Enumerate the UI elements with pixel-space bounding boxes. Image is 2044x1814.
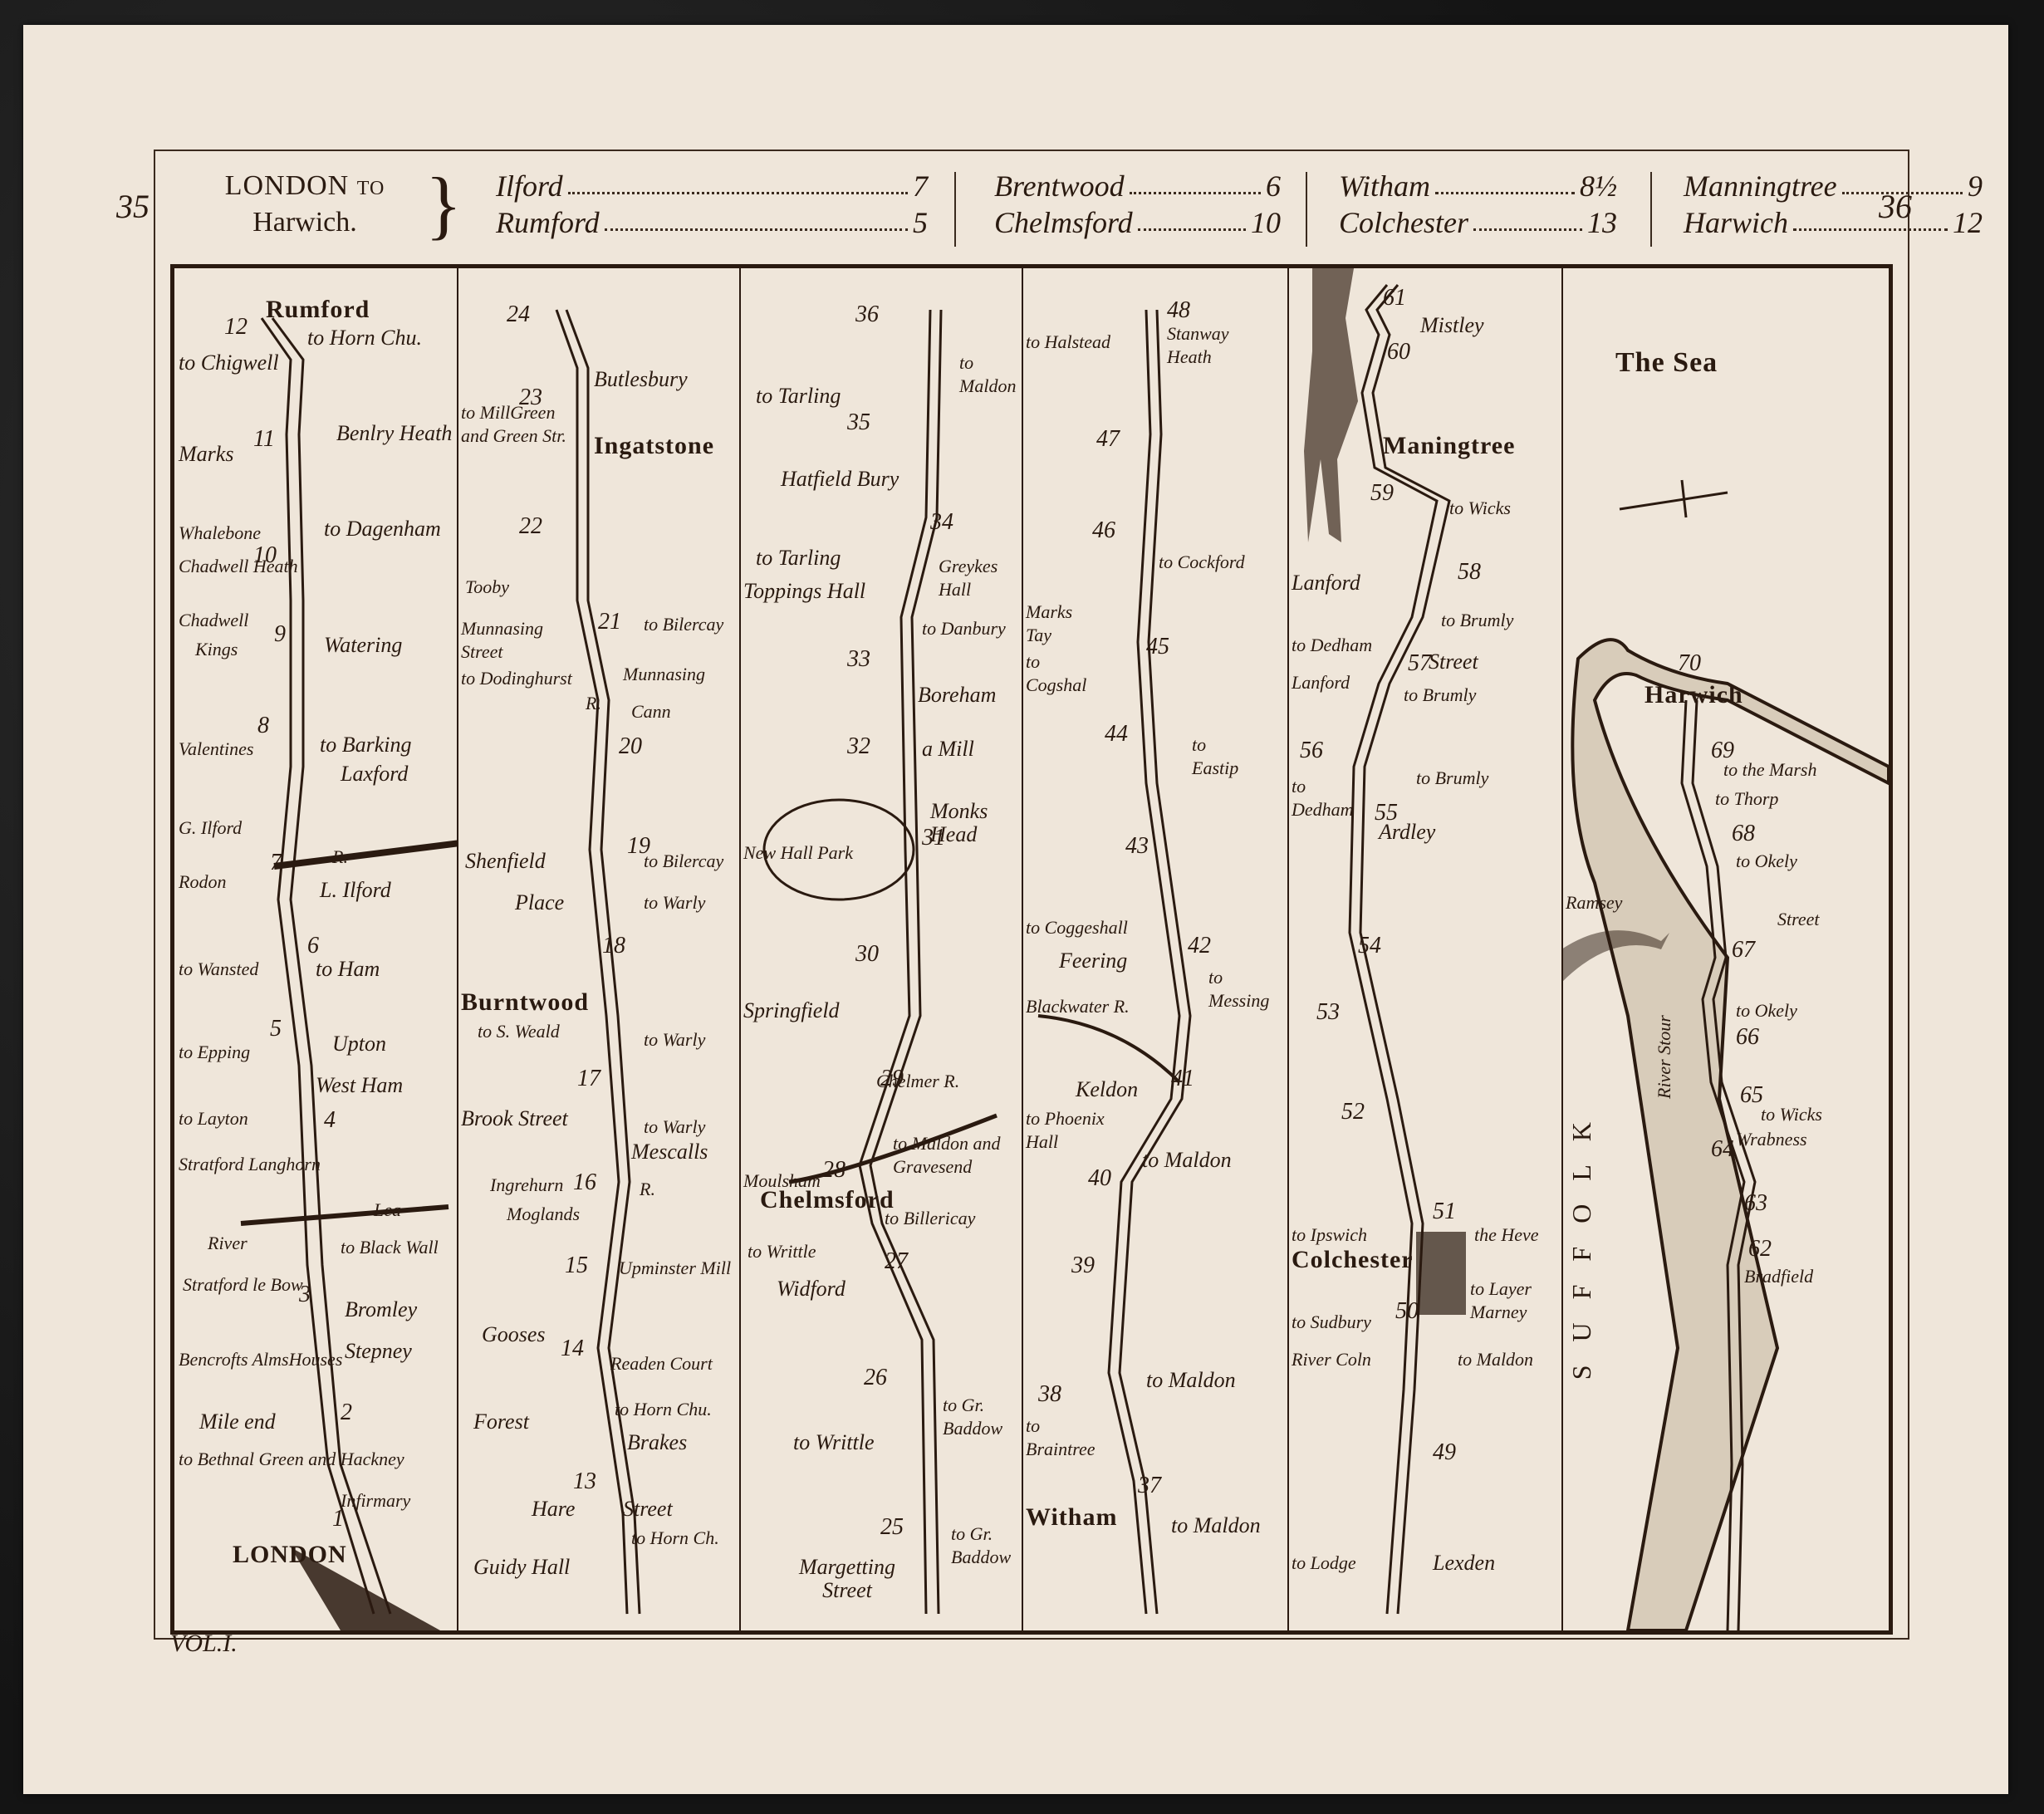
milestone: 61 bbox=[1383, 285, 1406, 311]
place-label: Ramsey bbox=[1566, 891, 1622, 914]
place-label: to Dagenham bbox=[324, 517, 441, 541]
milestone: 11 bbox=[253, 426, 275, 453]
place-label: to Maldon bbox=[1146, 1369, 1236, 1392]
milestone: 2 bbox=[341, 1400, 352, 1426]
town-label: Burntwood bbox=[461, 991, 589, 1014]
place-label: to Brumly bbox=[1404, 684, 1476, 707]
route-header: LONDON to Harwich. } Ilford7 Rumford5 Br… bbox=[155, 151, 1903, 259]
place-label: to Chigwell bbox=[179, 351, 279, 375]
distance-row: Brentwood6 bbox=[994, 168, 1281, 204]
place-label: to Dodinghurst bbox=[461, 667, 572, 690]
place-label: Bradfield bbox=[1744, 1265, 1813, 1288]
milestone: 18 bbox=[602, 933, 625, 959]
miles: 12 bbox=[1953, 204, 1983, 241]
title-line-1: LONDON to bbox=[193, 168, 417, 204]
place-label: Forest bbox=[473, 1410, 529, 1434]
milestone: 24 bbox=[507, 302, 530, 328]
milestone: 46 bbox=[1092, 517, 1115, 544]
distance-column-3: Witham8½ Colchester13 bbox=[1339, 168, 1617, 241]
town-label: Maningtree bbox=[1383, 434, 1515, 458]
milestone: 16 bbox=[573, 1169, 596, 1196]
milestone: 29 bbox=[880, 1066, 904, 1092]
place-label: Marks bbox=[179, 443, 233, 466]
place-label: Munnasing Street bbox=[461, 617, 569, 664]
place-label: Brakes bbox=[627, 1431, 687, 1454]
place-label: Margetting Street bbox=[777, 1556, 918, 1602]
milestone: 62 bbox=[1748, 1236, 1772, 1262]
milestone: 69 bbox=[1711, 738, 1734, 764]
place-label: to Bilercay bbox=[644, 850, 723, 873]
place-label: a Mill bbox=[922, 738, 974, 761]
place-label: Lanford bbox=[1292, 571, 1360, 595]
route-title: LONDON to Harwich. bbox=[193, 168, 417, 241]
place-label: Stratford Langhorn bbox=[179, 1153, 321, 1176]
place-label: Bencrofts AlmsHouses bbox=[179, 1348, 342, 1371]
milestone: 59 bbox=[1370, 480, 1394, 507]
compass-arrow bbox=[1620, 493, 1728, 509]
miles: 10 bbox=[1251, 204, 1281, 241]
place-label: Lea bbox=[374, 1199, 401, 1222]
place-label: Chadwell bbox=[179, 609, 248, 632]
place: Manningtree bbox=[1684, 168, 1837, 204]
place-label: to the Marsh bbox=[1723, 758, 1816, 782]
miles: 9 bbox=[1968, 168, 1983, 204]
county-label-suffolk: SUFFOLK bbox=[1570, 1099, 1593, 1380]
milestone: 26 bbox=[864, 1365, 887, 1391]
place-label: Lanford bbox=[1292, 671, 1350, 694]
distance-row: Witham8½ bbox=[1339, 168, 1617, 204]
strip-margetting-hatfield: Chelmsford to Tarling to Maldon Hatfield… bbox=[739, 268, 1023, 1630]
place-label: Feering bbox=[1059, 949, 1127, 973]
milestone: 47 bbox=[1096, 426, 1120, 453]
place-label: to Thorp bbox=[1715, 787, 1778, 811]
place-label: Upton bbox=[332, 1032, 386, 1056]
place-label: to Bethnal Green and Hackney bbox=[179, 1448, 404, 1471]
strip-hare-street-ingatstone: Ingatstone Burntwood Butlesbury to MillG… bbox=[457, 268, 741, 1630]
milestone: 32 bbox=[847, 733, 870, 760]
milestone: 8 bbox=[257, 713, 269, 739]
place-label: Bromley bbox=[345, 1298, 417, 1321]
milestone: 48 bbox=[1167, 297, 1190, 324]
strip-map: Rumford LONDON to Horn Chu. to Chigwell … bbox=[170, 264, 1893, 1635]
place-label: to Warly bbox=[644, 891, 705, 914]
place-label: Rodon bbox=[179, 870, 226, 894]
place-label: to Bilercay bbox=[644, 613, 727, 636]
place-label: Butlesbury bbox=[594, 368, 688, 391]
place-label: Ingrehurn bbox=[490, 1174, 563, 1197]
milestone: 23 bbox=[519, 385, 542, 411]
place-label: Lexden bbox=[1433, 1552, 1495, 1575]
miles: 13 bbox=[1587, 204, 1617, 241]
milestone: 19 bbox=[627, 833, 650, 860]
place: Witham bbox=[1339, 168, 1430, 204]
place-label: Whalebone bbox=[179, 522, 261, 545]
miles: 5 bbox=[913, 204, 928, 241]
distance-column-4: Manningtree9 Harwich12 bbox=[1684, 168, 1983, 241]
place-label: Hare bbox=[532, 1498, 575, 1521]
place-label: to Ham bbox=[316, 958, 380, 981]
place-label: Springfield bbox=[743, 999, 840, 1022]
place-label: to Billericay bbox=[885, 1207, 975, 1230]
milestone: 30 bbox=[855, 941, 879, 968]
place-label: River Coln bbox=[1292, 1348, 1371, 1371]
place-label: to Warly bbox=[644, 1028, 705, 1052]
place-label: Stratford le Bow bbox=[183, 1273, 303, 1297]
place-label: to Brumly bbox=[1441, 609, 1513, 632]
place-label: to Braintree bbox=[1026, 1414, 1084, 1461]
header-divider bbox=[1650, 172, 1652, 247]
place-label: to Writtle bbox=[748, 1240, 816, 1263]
milestone: 50 bbox=[1395, 1298, 1419, 1325]
place-label: Valentines bbox=[179, 738, 253, 761]
place-label: Moglands bbox=[507, 1203, 580, 1226]
header-divider bbox=[954, 172, 956, 247]
distance-row: Harwich12 bbox=[1684, 204, 1983, 241]
distance-row: Chelmsford10 bbox=[994, 204, 1281, 241]
place-label: Kings bbox=[195, 638, 238, 661]
place-label: Stepney bbox=[345, 1340, 412, 1363]
place-label: Moulsham bbox=[743, 1169, 821, 1193]
town-label: Rumford bbox=[266, 298, 370, 321]
milestone: 28 bbox=[822, 1157, 846, 1184]
place-label: Street bbox=[1777, 908, 1820, 931]
place-label: R. bbox=[586, 692, 601, 715]
place-label: Street bbox=[1429, 650, 1478, 674]
place-label: Hatfield Bury bbox=[781, 468, 905, 491]
milestone: 60 bbox=[1387, 339, 1410, 365]
place-label: Benlry Heath bbox=[336, 422, 452, 445]
place-label: to Maldon bbox=[1458, 1348, 1533, 1371]
place-label: to S. Weald bbox=[478, 1020, 560, 1043]
distance-row: Colchester13 bbox=[1339, 204, 1617, 241]
distance-column-2: Brentwood6 Chelmsford10 bbox=[994, 168, 1281, 241]
place-label: to Maldon bbox=[959, 351, 1009, 398]
milestone: 20 bbox=[619, 733, 642, 760]
milestone: 7 bbox=[270, 850, 282, 876]
town-label: Witham bbox=[1026, 1506, 1117, 1529]
place-label: to Maldon and Gravesend bbox=[893, 1132, 1017, 1179]
miles: 7 bbox=[913, 168, 928, 204]
place-label: to Cogshal bbox=[1026, 650, 1084, 697]
milestone: 33 bbox=[847, 646, 870, 673]
strip-london-rumford: Rumford LONDON to Horn Chu. to Chigwell … bbox=[174, 268, 458, 1630]
place-label: to Coggeshall bbox=[1026, 916, 1128, 939]
place-label: Watering bbox=[324, 634, 402, 657]
milestone: 21 bbox=[598, 609, 621, 635]
miles: 8½ bbox=[1580, 168, 1617, 204]
place-label: Guidy Hall bbox=[473, 1556, 570, 1579]
place: Brentwood bbox=[994, 168, 1125, 204]
place-label: Munnasing bbox=[623, 663, 705, 686]
place-label: to Maldon bbox=[1171, 1514, 1261, 1537]
place: Harwich bbox=[1684, 204, 1788, 241]
place-label: to Horn Ch. bbox=[631, 1527, 719, 1550]
place-label: to Lodge bbox=[1292, 1552, 1356, 1575]
strip-lexden-mistley: Maningtree Colchester Mistley to Wicks L… bbox=[1287, 268, 1563, 1630]
milestone: 13 bbox=[573, 1468, 596, 1495]
place-label: to Sudbury bbox=[1292, 1311, 1371, 1334]
place: Rumford bbox=[496, 204, 600, 241]
place-label: R. bbox=[640, 1178, 655, 1201]
place-label: Wrabness bbox=[1736, 1128, 1807, 1151]
milestone: 38 bbox=[1038, 1381, 1061, 1408]
place-label: to MillGreen and Green Str. bbox=[461, 401, 569, 448]
place-label: to Horn Chu. bbox=[307, 326, 422, 350]
miles: 6 bbox=[1266, 168, 1281, 204]
place-label: West Ham bbox=[316, 1074, 403, 1097]
sea-label: The Sea bbox=[1615, 351, 1718, 375]
milestone: 22 bbox=[519, 513, 542, 540]
distance-column-1: Ilford7 Rumford5 bbox=[496, 168, 928, 241]
place-label: Toppings Hall bbox=[743, 580, 865, 603]
milestone: 15 bbox=[565, 1253, 588, 1279]
milestone: 70 bbox=[1678, 650, 1701, 677]
place-label: to Layton bbox=[179, 1107, 248, 1130]
milestone: 42 bbox=[1188, 933, 1211, 959]
place-label: to Gr. Baddow bbox=[943, 1394, 1009, 1440]
distance-row: Ilford7 bbox=[496, 168, 928, 204]
distance-row: Rumford5 bbox=[496, 204, 928, 241]
place-label: to Okely bbox=[1736, 999, 1797, 1022]
place-label: to Barking bbox=[320, 733, 412, 757]
place-label: R. bbox=[332, 846, 348, 869]
place-label: Stanway Heath bbox=[1167, 322, 1242, 369]
milestone: 5 bbox=[270, 1016, 282, 1042]
place-label: Infirmary bbox=[341, 1489, 410, 1512]
place-label: River bbox=[208, 1232, 248, 1255]
place-label: to Danbury bbox=[922, 617, 1006, 640]
milestone: 45 bbox=[1146, 634, 1169, 660]
place-label: to Okely bbox=[1736, 850, 1797, 873]
place-label: to Wicks bbox=[1449, 497, 1511, 520]
milestone: 9 bbox=[274, 621, 286, 648]
place-label: Readen Court bbox=[610, 1352, 713, 1375]
place: Colchester bbox=[1339, 204, 1468, 241]
place-label: Brook Street bbox=[461, 1107, 568, 1130]
milestone: 52 bbox=[1341, 1099, 1365, 1125]
header-divider bbox=[1306, 172, 1307, 247]
volume-label: VOL.I. bbox=[170, 1630, 238, 1658]
place-label: Laxford bbox=[341, 762, 408, 786]
place-label: Street bbox=[623, 1498, 673, 1521]
place-label: to Wansted bbox=[179, 958, 258, 981]
milestone: 39 bbox=[1071, 1253, 1095, 1279]
milestone: 49 bbox=[1433, 1439, 1456, 1466]
road-icon bbox=[1561, 268, 1889, 1630]
place-label: New Hall Park bbox=[743, 841, 853, 865]
town-label: Ingatstone bbox=[594, 434, 714, 458]
title-line-2: Harwich. bbox=[193, 204, 417, 241]
milestone: 41 bbox=[1171, 1066, 1194, 1092]
place-label: Boreham bbox=[918, 684, 996, 707]
milestone: 67 bbox=[1732, 937, 1755, 963]
place-label: to Horn Chu. bbox=[615, 1398, 712, 1421]
place-label: to Tarling bbox=[756, 385, 841, 408]
milestone: 4 bbox=[324, 1107, 336, 1134]
place-label: to Black Wall bbox=[341, 1236, 439, 1259]
distance-row: Manningtree9 bbox=[1684, 168, 1983, 204]
milestone: 34 bbox=[930, 509, 953, 536]
place-label: Marks Tay bbox=[1026, 601, 1084, 647]
milestone: 53 bbox=[1316, 999, 1340, 1026]
place-label: Tooby bbox=[465, 576, 509, 599]
place-label: to Dedham bbox=[1292, 634, 1372, 657]
brace-icon: } bbox=[425, 166, 462, 243]
milestone: 44 bbox=[1105, 721, 1128, 748]
place-label: the Heve bbox=[1474, 1223, 1541, 1247]
place-label: Mile end bbox=[199, 1410, 276, 1434]
milestone: 25 bbox=[880, 1514, 904, 1541]
place-label: Place bbox=[515, 891, 564, 914]
milestone: 36 bbox=[855, 302, 879, 328]
milestone: 55 bbox=[1375, 800, 1398, 826]
milestone: 56 bbox=[1300, 738, 1323, 764]
place-label: to Messing bbox=[1208, 966, 1267, 1012]
place-label: Shenfield bbox=[465, 850, 546, 873]
place: Chelmsford bbox=[994, 204, 1133, 241]
town-label: Harwich bbox=[1645, 684, 1743, 707]
milestone: 68 bbox=[1732, 821, 1755, 847]
place-label: Gooses bbox=[482, 1323, 546, 1346]
milestone: 40 bbox=[1088, 1165, 1111, 1192]
place-label: to Tarling bbox=[756, 547, 841, 570]
place: Ilford bbox=[496, 168, 563, 204]
place-label: to Wicks bbox=[1761, 1103, 1822, 1126]
place-label: Greykes Hall bbox=[939, 555, 1005, 601]
milestone: 35 bbox=[847, 409, 870, 436]
place-label: to Dedham bbox=[1292, 775, 1333, 821]
milestone: 65 bbox=[1740, 1082, 1763, 1109]
milestone: 64 bbox=[1711, 1136, 1734, 1163]
place-label: Mistley bbox=[1420, 314, 1484, 337]
town-label: Colchester bbox=[1292, 1248, 1414, 1272]
place-label: Mescalls bbox=[631, 1140, 708, 1164]
place-label: Cann bbox=[631, 700, 671, 723]
river-estuary bbox=[1304, 268, 1358, 542]
strip-witham-stanway: Witham to Halstead Stanway Heath to Cock… bbox=[1022, 268, 1289, 1630]
place-label: to Eastip bbox=[1192, 733, 1250, 780]
milestone: 3 bbox=[299, 1282, 311, 1308]
place-label: to Gr. Baddow bbox=[951, 1522, 1017, 1569]
milestone: 43 bbox=[1125, 833, 1149, 860]
milestone: 14 bbox=[561, 1336, 584, 1362]
milestone: 31 bbox=[922, 825, 945, 851]
strip-bradfield-harwich: The Sea Harwich to the Marsh to Thorp to… bbox=[1561, 268, 1889, 1630]
place-label: to Halstead bbox=[1026, 331, 1110, 354]
river-label: River Stour bbox=[1653, 1015, 1676, 1099]
place-label: Upminster Mill bbox=[619, 1257, 731, 1280]
place-label: to Writtle bbox=[793, 1431, 875, 1454]
milestone: 51 bbox=[1433, 1199, 1456, 1225]
milestone: 66 bbox=[1736, 1024, 1759, 1051]
milestone: 57 bbox=[1408, 650, 1431, 677]
place-label: Chadwell Heath bbox=[179, 555, 298, 578]
road-icon bbox=[1287, 268, 1561, 1630]
place-label: Widford bbox=[777, 1277, 846, 1301]
place-label: to Phoenix Hall bbox=[1026, 1107, 1109, 1154]
milestone: 63 bbox=[1744, 1190, 1767, 1217]
place-label: G. Ilford bbox=[179, 816, 242, 840]
milestone: 1 bbox=[332, 1506, 344, 1532]
milestone: 17 bbox=[577, 1066, 600, 1092]
left-page-number: 35 bbox=[116, 187, 150, 226]
town-label: LONDON bbox=[233, 1543, 347, 1566]
milestone: 54 bbox=[1358, 933, 1381, 959]
milestone: 58 bbox=[1458, 559, 1481, 586]
place-label: L. Ilford bbox=[320, 879, 391, 902]
milestone: 27 bbox=[885, 1248, 908, 1275]
milestone: 37 bbox=[1138, 1473, 1161, 1499]
place-label: to Cockford bbox=[1159, 551, 1245, 574]
milestone: 12 bbox=[224, 314, 248, 341]
place-label: to Layer Marney bbox=[1470, 1277, 1545, 1324]
milestone: 10 bbox=[253, 542, 277, 569]
place-label: to Epping bbox=[179, 1041, 250, 1064]
place-label: to Maldon bbox=[1142, 1149, 1232, 1172]
place-label: to Brumly bbox=[1416, 767, 1488, 790]
place-label: Keldon bbox=[1076, 1078, 1138, 1101]
place-label: Blackwater R. bbox=[1026, 995, 1130, 1018]
place-label: to Warly bbox=[644, 1115, 705, 1139]
place-label: to Ipswich bbox=[1292, 1223, 1367, 1247]
milestone: 6 bbox=[307, 933, 319, 959]
